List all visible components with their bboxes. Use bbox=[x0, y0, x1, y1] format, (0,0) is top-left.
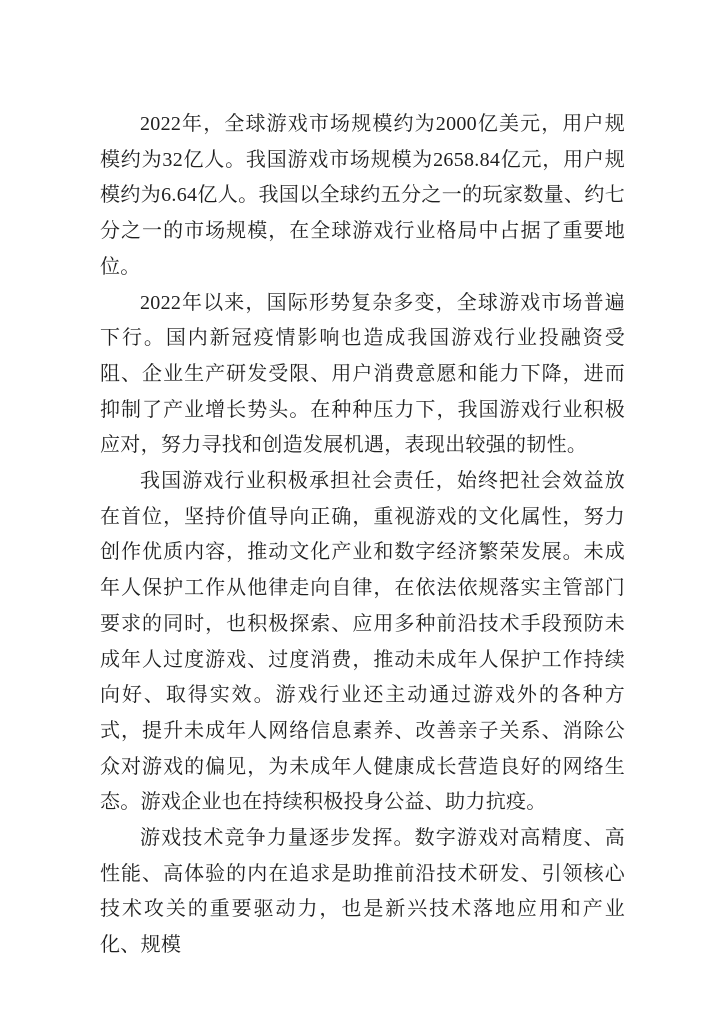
paragraph-industry-pressure: 2022年以来，国际形势复杂多变，全球游戏市场普遍下行。国内新冠疫情影响也造成我… bbox=[100, 286, 625, 465]
paragraph-game-technology: 游戏技术竞争力量逐步发挥。数字游戏对高精度、高性能、高体验的内在追求是助推前沿技… bbox=[100, 821, 625, 964]
paragraph-social-responsibility: 我国游戏行业积极承担社会责任，始终把社会效益放在首位，坚持价值导向正确，重视游戏… bbox=[100, 464, 625, 821]
document-text-block: 2022年，全球游戏市场规模约为2000亿美元，用户规模约为32亿人。我国游戏市… bbox=[100, 107, 625, 964]
paragraph-market-scale: 2022年，全球游戏市场规模约为2000亿美元，用户规模约为32亿人。我国游戏市… bbox=[100, 107, 625, 286]
document-page: 2022年，全球游戏市场规模约为2000亿美元，用户规模约为32亿人。我国游戏市… bbox=[0, 0, 725, 1024]
